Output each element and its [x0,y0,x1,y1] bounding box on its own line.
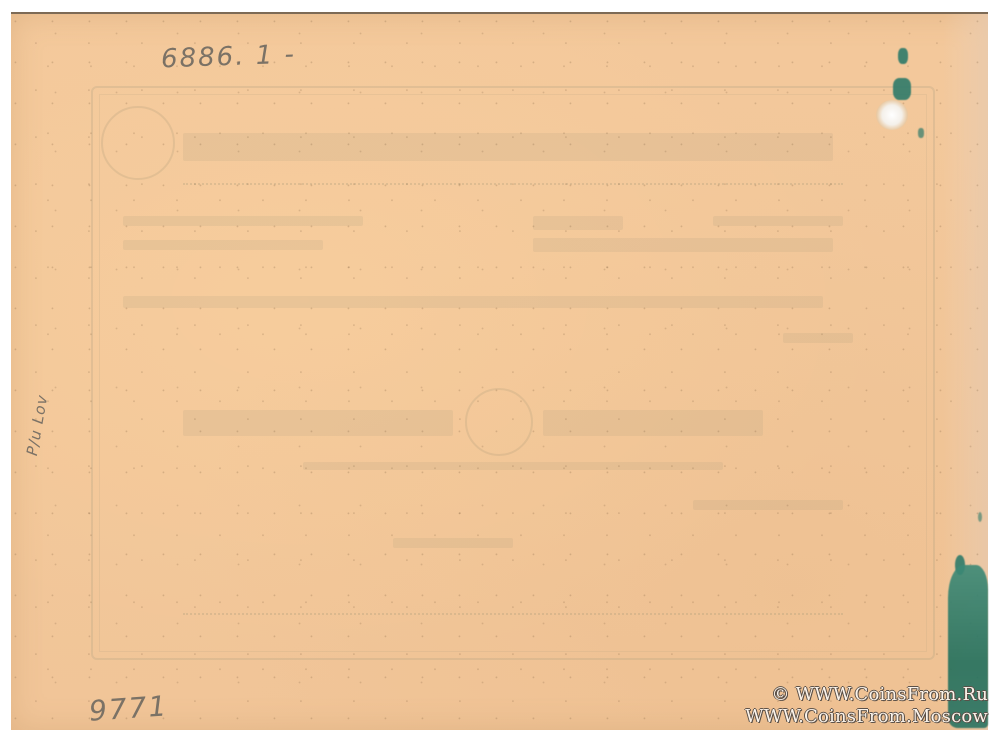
show-through-text [123,296,823,308]
show-through-frame [91,86,935,660]
show-through-text [713,216,843,226]
handwritten-note-top: 6886. 1 - [161,40,297,75]
show-through-denomination [543,410,763,436]
show-through-text [393,538,513,548]
paper-hole [876,100,908,130]
watermark-line-1: © WWW.CoinsFrom.Ru [745,684,988,706]
show-through-title [183,133,833,161]
handwritten-note-side: P/u Lov [23,393,51,457]
ink-stain [918,128,924,138]
show-through-text [783,333,853,343]
show-through-rule [183,613,843,615]
handwritten-note-bottom: 9771 [88,689,169,727]
show-through-emblem [101,106,175,180]
banknote-paper: 6886. 1 - P/u Lov 9771 [11,12,988,730]
watermark: © WWW.CoinsFrom.Ru WWW.CoinsFrom.Moscow [745,684,988,728]
show-through-text [533,216,623,230]
show-through-denomination [183,410,453,436]
watermark-line-2: WWW.CoinsFrom.Moscow [745,706,988,728]
ink-stain [893,78,911,100]
show-through-rule [183,183,843,185]
ink-stain [898,48,908,64]
show-through-text [533,238,833,252]
show-through-inner-border [99,94,927,652]
show-through-text [693,500,843,510]
ink-stain [978,512,982,522]
show-through-numeral-circle [465,388,533,456]
show-through-text [123,216,363,226]
show-through-text [303,462,723,470]
show-through-text [123,240,323,250]
